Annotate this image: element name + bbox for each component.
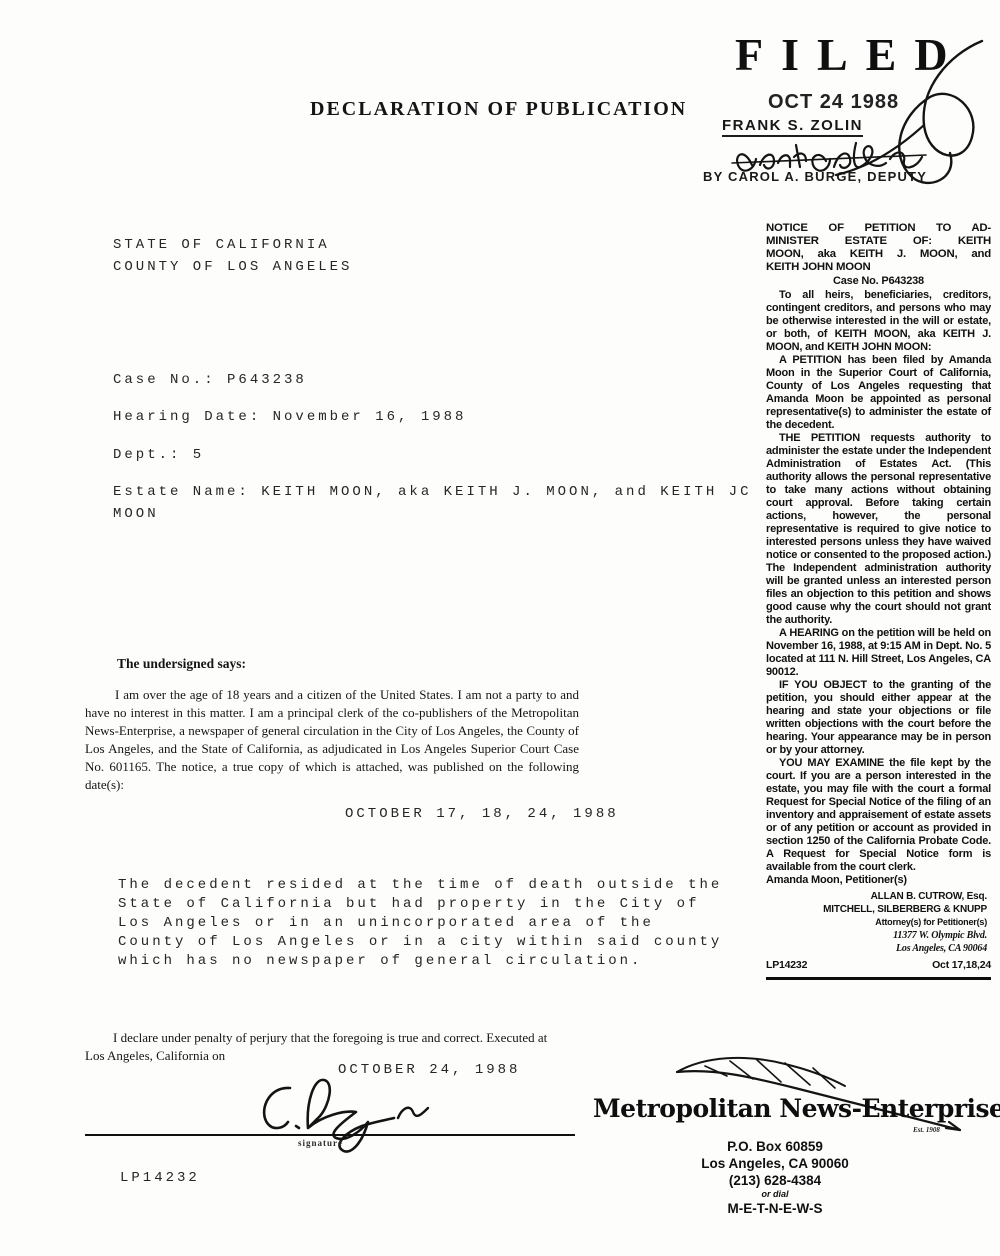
attorney-street: 11377 W. Olympic Blvd. (766, 929, 987, 942)
decedent-line: County of Los Angeles or in a city withi… (118, 933, 722, 952)
publication-dates: OCTOBER 17, 18, 24, 1988 (345, 806, 619, 822)
newspaper-notice-clipping: NOTICE OF PETITION TO AD- MINISTER ESTAT… (766, 222, 991, 980)
hearing-date-line: Hearing Date: November 16, 1988 (113, 409, 466, 425)
lp-number: LP14232 (120, 1170, 200, 1186)
estate-name-line1: Estate Name: KEITH MOON, aka KEITH J. MO… (113, 484, 751, 500)
attorney-name: ALLAN B. CUTROW, Esq. (766, 890, 987, 903)
notice-footer-row: LP14232 Oct 17,18,24 (766, 959, 991, 972)
perjury-line2: Los Angeles, California on (85, 1047, 225, 1065)
decedent-paragraph: The decedent resided at the time of deat… (118, 876, 722, 971)
attorney-firm: MITCHELL, SILBERBERG & KNUPP (766, 903, 987, 916)
publisher-metnews: M-E-T-N-E-W-S (655, 1200, 895, 1217)
publisher-established: Est. 1908 (913, 1126, 940, 1134)
undersigned-heading: The undersigned says: (117, 655, 246, 673)
state-line: STATE OF CALIFORNIA (113, 237, 330, 253)
attorney-city: Los Angeles, CA 90064 (766, 942, 987, 955)
notice-attorney-block: ALLAN B. CUTROW, Esq. MITCHELL, SILBERBE… (766, 890, 991, 955)
publisher-po-box: P.O. Box 60859 (655, 1138, 895, 1155)
publisher-name: Metropolitan News-Enterprise (593, 1094, 1000, 1123)
notice-paragraph: YOU MAY EXAMINE the file kept by the cou… (766, 757, 991, 874)
estate-name-line2: MOON (113, 506, 159, 522)
decedent-line: The decedent resided at the time of deat… (118, 876, 722, 895)
perjury-line1: I declare under penalty of perjury that … (85, 1029, 547, 1047)
signature-line (85, 1134, 575, 1136)
publisher-or-dial: or dial (655, 1189, 895, 1200)
notice-headline-line: MOON, aka KEITH J. MOON, and (766, 248, 991, 261)
notice-paragraph: IF YOU OBJECT to the granting of the pet… (766, 679, 991, 757)
scanned-declaration-page: DECLARATION OF PUBLICATION FILED OCT 24 … (0, 0, 1000, 1256)
declarant-signature-icon (250, 1072, 460, 1157)
notice-paragraph: THE PETITION requests authority to admin… (766, 432, 991, 627)
county-line: COUNTY OF LOS ANGELES (113, 259, 352, 275)
notice-case-number: Case No. P643238 (766, 275, 991, 288)
publisher-city: Los Angeles, CA 90060 (655, 1155, 895, 1172)
notice-petitioner-line: Amanda Moon, Petitioner(s) (766, 874, 991, 887)
filed-stamp: FILED OCT 24 1988 FRANK S. ZOLIN BY CARO… (700, 25, 990, 195)
notice-headline-line: NOTICE OF PETITION TO AD- (766, 222, 991, 235)
notice-headline-line: KEITH JOHN MOON (766, 261, 991, 274)
publisher-contact-block: P.O. Box 60859 Los Angeles, CA 90060 (21… (655, 1138, 895, 1217)
notice-lp-number: LP14232 (766, 959, 807, 972)
decedent-line: State of California but had property in … (118, 895, 722, 914)
decedent-line: which has no newspaper of general circul… (118, 952, 722, 971)
notice-paragraph: A PETITION has been filed by Amanda Moon… (766, 354, 991, 432)
notice-paragraph: A HEARING on the petition will be held o… (766, 627, 991, 679)
attorney-role: Attorney(s) for Petitioner(s) (766, 916, 987, 929)
declaration-paragraph: I am over the age of 18 years and a citi… (85, 686, 579, 794)
notice-paragraph: To all heirs, beneficiaries, creditors, … (766, 289, 991, 354)
dept-line: Dept.: 5 (113, 447, 204, 463)
stamp-flourish-icon (830, 35, 1000, 195)
decedent-line: Los Angeles or in an unincorporated area… (118, 914, 722, 933)
page-title: DECLARATION OF PUBLICATION (310, 98, 687, 121)
notice-headline-line: MINISTER ESTATE OF: KEITH (766, 235, 991, 248)
case-number-line: Case No.: P643238 (113, 372, 307, 388)
notice-run-dates: Oct 17,18,24 (932, 959, 991, 972)
signature-label: signature (298, 1138, 343, 1148)
publisher-phone: (213) 628-4384 (655, 1172, 895, 1189)
